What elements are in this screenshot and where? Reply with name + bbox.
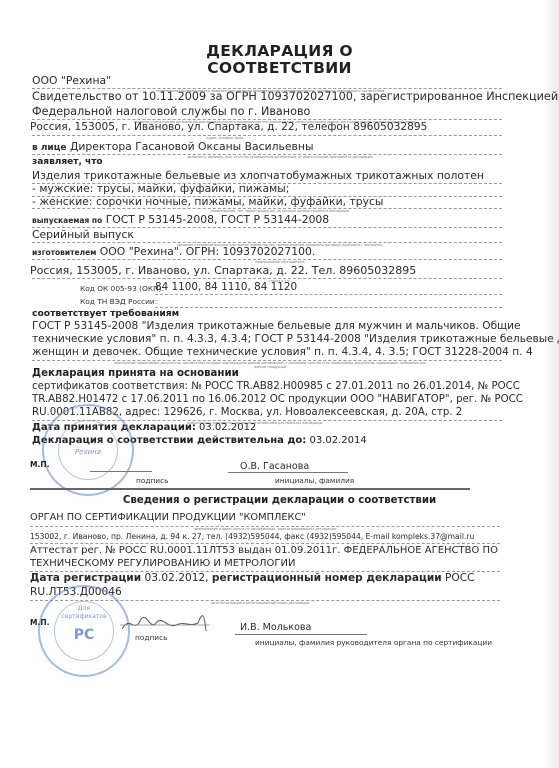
hint-body: наименование и адрес органа по сертифика… xyxy=(130,527,400,531)
rst-logo-icon: РС xyxy=(40,627,128,643)
represented-label: в лице xyxy=(32,143,67,153)
company-stamp: Рехина xyxy=(42,404,134,496)
reg-number-value-1: РОСС xyxy=(445,572,475,584)
requirements-line-3: женщин и девочек. Общие технические усло… xyxy=(32,346,533,358)
produced-label: выпускаемая по xyxy=(32,216,102,225)
hint-requirements-2: данной продукции xyxy=(230,365,310,369)
manufacturer-row: изготовителем ООО "Рехина". ОГРН: 109370… xyxy=(32,245,315,258)
produced-value: ГОСТ Р 53145-2008, ГОСТ Р 53144-2008 xyxy=(106,213,330,226)
hint-represented: должность, фамилия, имя, отчество руково… xyxy=(90,155,470,159)
signature-caption-2: подпись xyxy=(135,633,168,642)
registration-line-2: Федеральной налоговой службы по г. Ивано… xyxy=(32,105,310,118)
signer-caption: инициалы, фамилия xyxy=(275,476,354,485)
title-line-1: ДЕКЛАРАЦИЯ О xyxy=(0,42,559,60)
scan-edge-shadow xyxy=(547,0,559,768)
product-line-2: - мужские: трусы, майки, фуфайки, пижамы… xyxy=(32,182,289,195)
applicant-name: ООО "Рехина" xyxy=(32,74,111,87)
divider xyxy=(155,294,502,295)
applicant-address: Россия, 153005, г. Иваново, ул. Спартака… xyxy=(30,121,427,133)
okp-label: Код ОК 005-93 (ОКП): xyxy=(80,284,164,293)
basis-line-2: TR.AB82.H01472 с 17.06.2011 по 16.06.201… xyxy=(32,394,523,405)
basis-label: Декларация принята на основании xyxy=(32,368,239,379)
reg-row-1: Дата регистрации 03.02.2012, регистрацио… xyxy=(30,572,475,584)
basis-line-1: сертификатов соответствия: № РОСС TR.AB8… xyxy=(32,381,520,392)
head-caption: инициалы, фамилия руководителя органа по… xyxy=(255,638,492,647)
hint-reg: дата регистрации и регистрационный номер… xyxy=(175,601,345,605)
signer-line xyxy=(228,472,348,473)
reg-date-label: Дата регистрации xyxy=(30,572,141,584)
represented-row: в лице Директора Гасановой Оксаны Василь… xyxy=(32,140,313,153)
signer-name: О.В. Гасанова xyxy=(240,461,309,472)
divider xyxy=(30,543,500,544)
complies-label: соответствует требованиям xyxy=(32,308,179,319)
head-name: И.В. Молькова xyxy=(240,622,311,633)
requirements-line-2: технические условия" п. п. 4.3.3, 4.3.4;… xyxy=(32,333,559,345)
certification-body-name: ОРГАН ПО СЕРТИФИКАЦИИ ПРОДУКЦИИ "КОМПЛЕК… xyxy=(30,512,306,523)
declares-label: заявляет, что xyxy=(32,157,103,167)
manufacturer-value: ООО "Рехина". ОГРН: 1093702027100. xyxy=(100,245,315,258)
serial-release: Серийный выпуск xyxy=(32,228,134,241)
certification-body-address: 153002, г. Иваново, пр. Ленина, д. 94 к.… xyxy=(30,532,474,541)
section-divider xyxy=(30,488,470,490)
manufacturer-address: Россия, 153005, г. Иваново, ул. Спартака… xyxy=(30,264,416,277)
stamp-text-top: Для xyxy=(40,605,128,612)
manufacturer-label: изготовителем xyxy=(32,248,96,257)
stamp-logo-text: Рехина xyxy=(44,448,132,456)
divider xyxy=(155,307,502,308)
signature-scribble-icon xyxy=(120,607,210,635)
stamp-text-mid: сертификатов xyxy=(40,613,128,620)
valid-until-value: 03.02.2014 xyxy=(309,435,366,446)
date-accepted-value: 03.02.2012 xyxy=(199,422,256,433)
registration-line-1: Свидетельство от 10.11.2009 за ОГРН 1093… xyxy=(32,90,558,103)
tnved-label: Код ТН ВЭД России: xyxy=(80,297,157,306)
head-line xyxy=(235,634,367,635)
requirements-line-1: ГОСТ Р 53145-2008 "Изделия трикотажные б… xyxy=(32,320,521,332)
certification-stamp: Для сертификатов РС xyxy=(38,585,130,677)
okp-value: 84 1100, 84 1110, 84 1120 xyxy=(155,281,297,293)
reg-date-value: 03.02.2012, xyxy=(145,572,209,584)
represented-value: Директора Гасановой Оксаны Васильевны xyxy=(70,140,314,153)
product-line-1: Изделия трикотажные бельевые из хлопчато… xyxy=(32,169,484,182)
mp-label: М.П. xyxy=(30,460,49,469)
produced-row: выпускаемая по ГОСТ Р 53145-2008, ГОСТ Р… xyxy=(32,213,329,226)
attestat-line-1: Аттестат рег. № РОСС RU.0001.11ЛТ53 выда… xyxy=(30,545,498,556)
reg-number-label: регистрационный номер декларации xyxy=(212,572,442,584)
registration-heading: Сведения о регистрации декларации о соот… xyxy=(0,495,559,506)
mp-label-2: М.П. xyxy=(30,618,49,627)
attestat-line-2: ТЕХНИЧЕСКОМУ РЕГУЛИРОВАНИЮ И МЕТРОЛОГИИ xyxy=(30,558,296,569)
signature-line xyxy=(90,471,152,472)
product-line-3: - женские: сорочки ночные, пижамы, майки… xyxy=(32,195,383,208)
signature-caption: подпись xyxy=(136,476,169,485)
declaration-page: ДЕКЛАРАЦИЯ О СООТВЕТСТВИИ ООО "Рехина" н… xyxy=(0,0,559,768)
